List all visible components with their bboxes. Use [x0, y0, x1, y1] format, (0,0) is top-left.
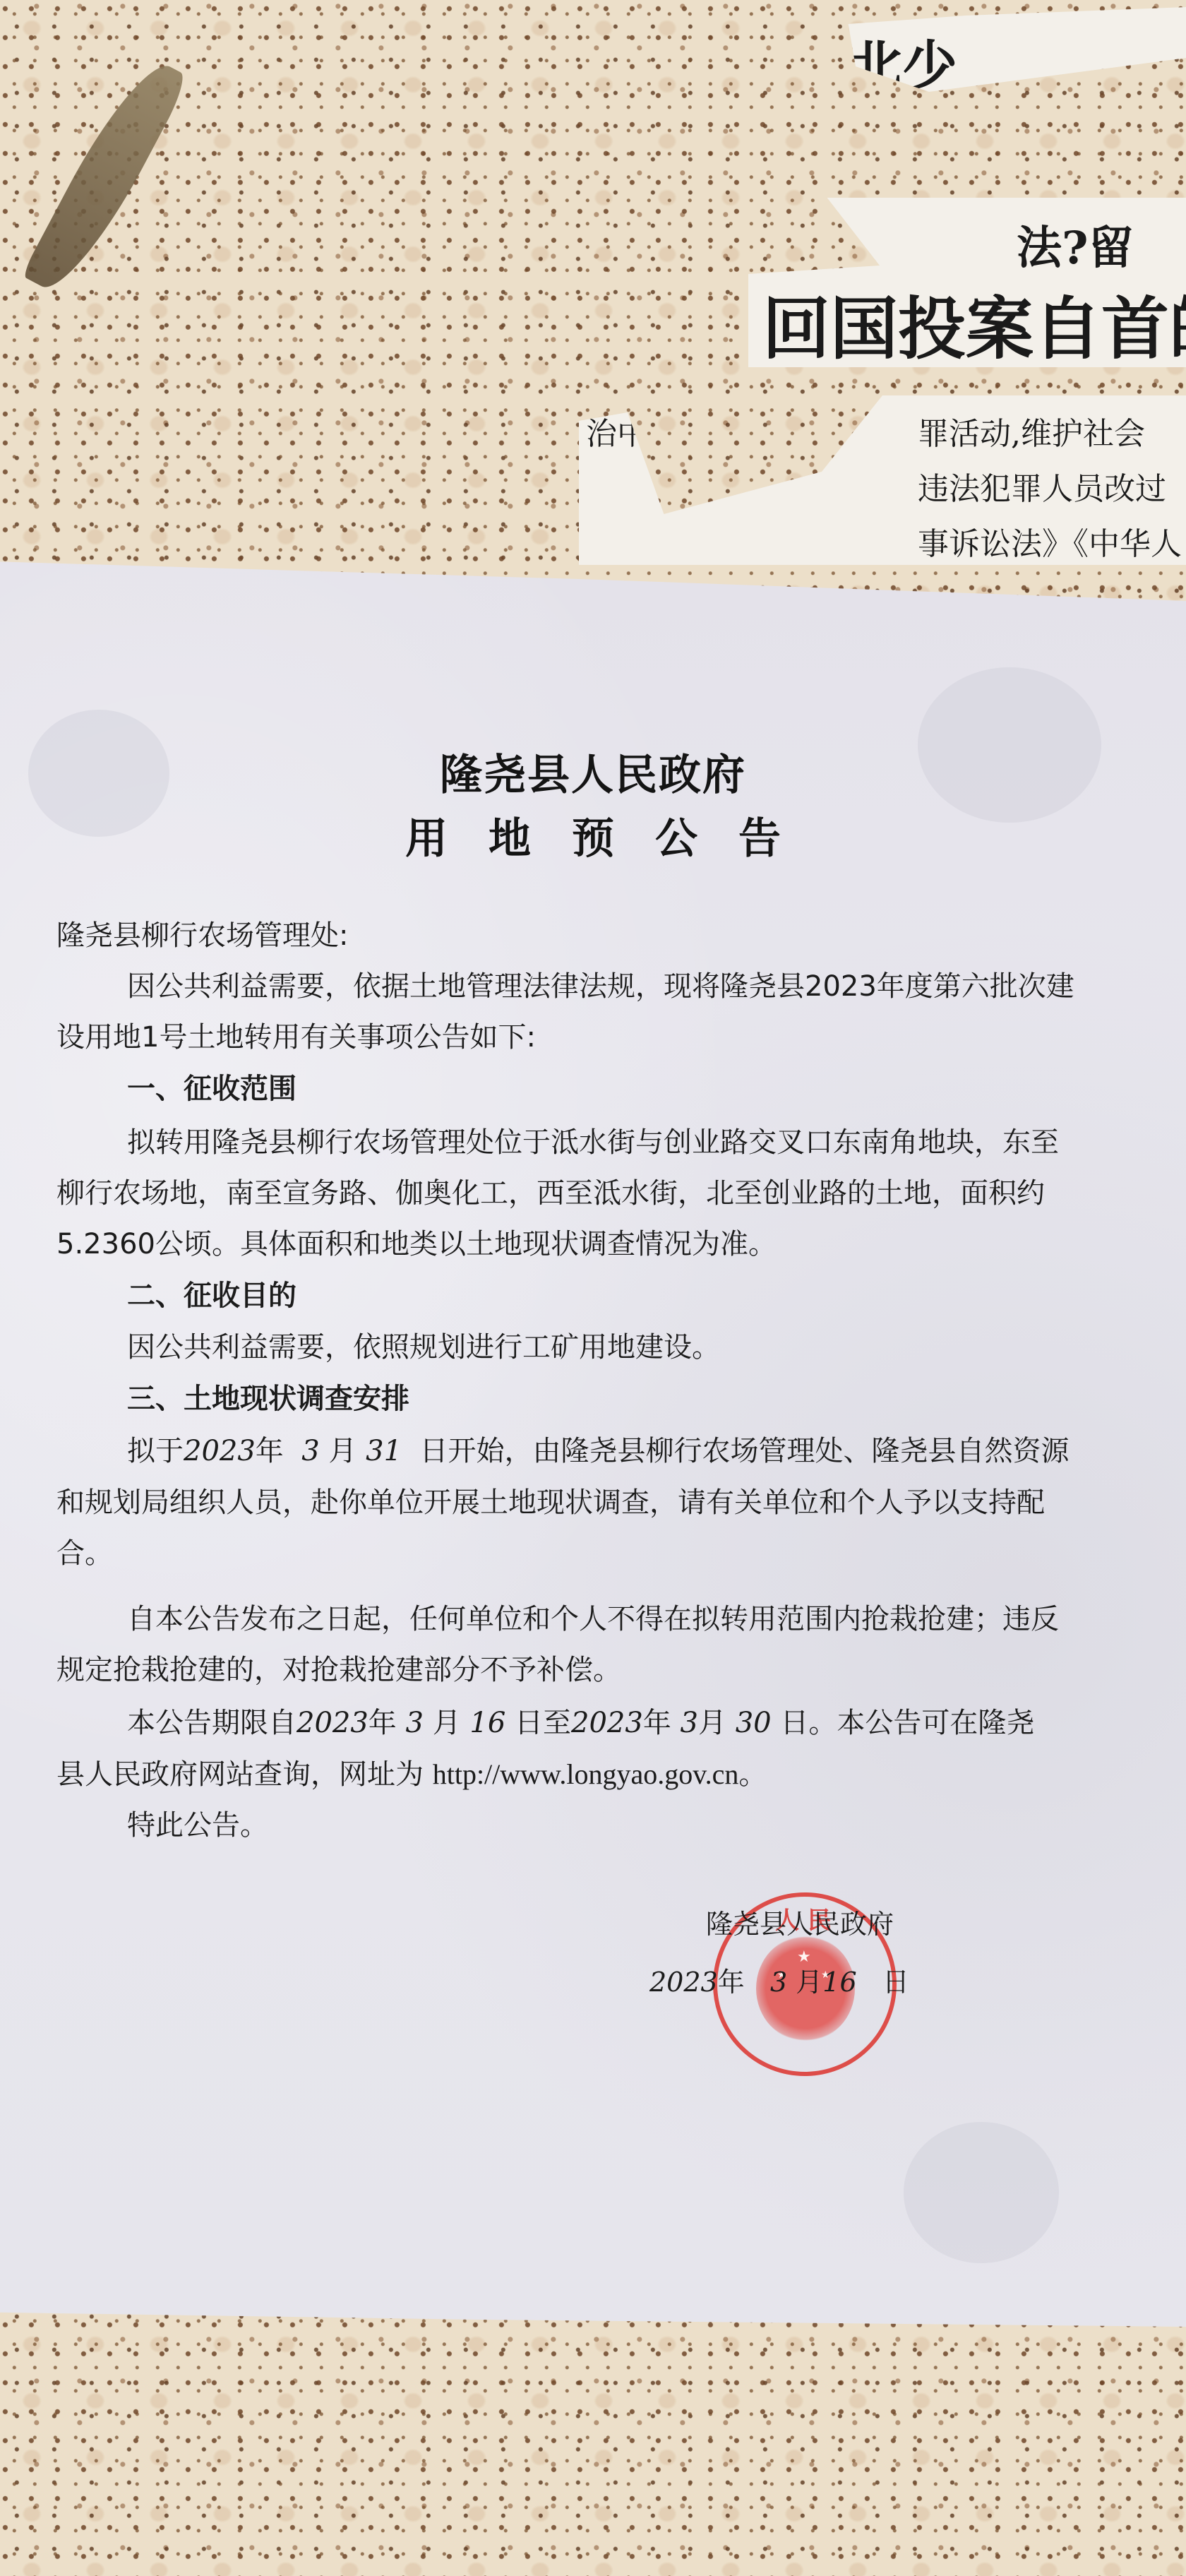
- intro-line-1: 因公共利益需要，依据土地管理法律法规，现将隆尧县2023年度第六批次建: [127, 972, 1074, 1001]
- paper-wrinkle: [904, 2122, 1059, 2263]
- handwritten-end-day: 30: [736, 1707, 772, 1739]
- handwritten-end-month: 3: [681, 1707, 698, 1739]
- document-title: 用地预公告: [0, 805, 1186, 866]
- scope-line-2: 柳行农场地，南至宣务路、伽奥化工，西至泜水街，北至创业路的土地，面积约: [56, 1179, 1045, 1207]
- survey-line-3: 合。: [56, 1539, 113, 1568]
- handwritten-month: 3: [301, 1435, 319, 1467]
- handwritten-start-day: 16: [469, 1707, 505, 1739]
- scope-line-1: 拟转用隆尧县柳行农场管理处位于泜水街与创业路交叉口东南角地块，东至: [127, 1128, 1059, 1157]
- old-poster-body-right-2: 违法犯罪人员改过: [918, 463, 1166, 508]
- signature-date: 2023年 3 月16 日: [649, 1968, 909, 1996]
- old-poster-headline-big: 回国投案自首的: [762, 275, 1186, 367]
- handwritten-start-year: 2023: [296, 1707, 369, 1739]
- addressee: 隆尧县柳行农场管理处:: [56, 922, 348, 950]
- period-line-2: 县人民政府网站查询，网址为 http://www.longyao.gov.cn。: [56, 1760, 767, 1789]
- section-heading-purpose: 二、征收目的: [127, 1282, 296, 1310]
- section-heading-scope: 一、征收范围: [127, 1075, 296, 1103]
- prohibition-line-2: 规定抢栽抢建的，对抢栽抢建部分不予补偿。: [56, 1656, 621, 1684]
- signature-organization: 隆尧县人民政府: [706, 1910, 894, 1938]
- old-poster-body-right-1: 罪活动,维护社会: [918, 408, 1145, 453]
- old-poster-headline-mid: 法?留: [1017, 212, 1134, 277]
- handwritten-end-year: 2023: [571, 1707, 643, 1739]
- section-heading-survey: 三、土地现状调查安排: [127, 1385, 409, 1413]
- handwritten-year: 2023: [184, 1435, 256, 1467]
- government-website-url[interactable]: http://www.longyao.gov.cn: [433, 1758, 739, 1790]
- issuer-title: 隆尧县人民政府: [0, 741, 1186, 802]
- handwritten-day: 31: [366, 1435, 402, 1467]
- intro-line-2: 设用地1号土地转用有关事项公告如下:: [56, 1023, 536, 1051]
- prohibition-line-1: 自本公告发布之日起，任何单位和个人不得在拟转用范围内抢栽抢建；违反: [127, 1605, 1059, 1633]
- closing-statement: 特此公告。: [127, 1811, 268, 1839]
- handwritten-start-month: 3: [406, 1707, 424, 1739]
- survey-line-2: 和规划局组织人员，赴你单位开展土地现状调查，请有关单位和个人予以支持配: [56, 1489, 1045, 1517]
- period-line-1: 本公告期限自2023年 3 月 16 日至2023年 3月 30 日。本公告可在…: [127, 1709, 1034, 1737]
- old-poster-body-right-3: 事诉讼法》《中华人: [918, 518, 1182, 563]
- notice-paper: 隆尧县人民政府 用地预公告 隆尧县柳行农场管理处: 因公共利益需要，依据土地管理…: [0, 540, 1186, 2327]
- scope-line-3: 5.2360公顷。具体面积和地类以土地现状调查情况为准。: [56, 1230, 777, 1258]
- survey-line-1: 拟于2023年 3 月 31 日开始，由隆尧县柳行农场管理处、隆尧县自然资源: [127, 1437, 1069, 1465]
- purpose-line-1: 因公共利益需要，依照规划进行工矿用地建设。: [127, 1333, 720, 1361]
